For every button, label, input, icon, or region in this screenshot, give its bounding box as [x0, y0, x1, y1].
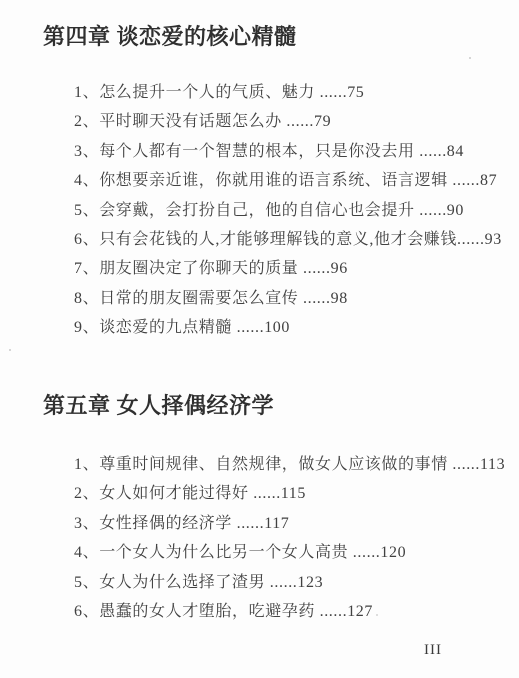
toc-item: 3、女性择偶的经济学 ......117: [74, 515, 505, 544]
toc-item: 9、谈恋爱的九点精髓 ......100: [74, 319, 502, 348]
toc-item: 8、日常的朋友圈需要怎么宣传 ......98: [74, 290, 502, 319]
toc-item: 6、只有会花钱的人,才能够理解钱的意义,他才会赚钱......93: [74, 231, 502, 260]
toc-item: 4、一个女人为什么比另一个女人高贵 ......120: [74, 544, 505, 573]
toc-item: 5、会穿戴，会打扮自己，他的自信心也会提升 ......90: [74, 202, 502, 231]
chapter-5-title: 第五章 女人择偶经济学: [43, 394, 274, 417]
toc-page: 第四章 谈恋爱的核心精髓 1、怎么提升一个人的气质、魅力 ......75 2、…: [0, 0, 519, 678]
scan-speck: [469, 57, 471, 59]
toc-item: 3、每个人都有一个智慧的根本，只是你没去用 ......84: [74, 143, 502, 172]
toc-list-chapter-4: 1、怎么提升一个人的气质、魅力 ......75 2、平时聊天没有话题怎么办 .…: [74, 84, 502, 349]
toc-list-chapter-5: 1、尊重时间规律、自然规律，做女人应该做的事情 ......113 2、女人如何…: [74, 456, 505, 632]
toc-item: 7、朋友圈决定了你聊天的质量 ......96: [74, 260, 502, 289]
toc-item: 5、女人为什么选择了渣男 ......123: [74, 574, 505, 603]
scan-speck: [9, 349, 11, 351]
toc-item: 4、你想要亲近谁，你就用谁的语言系统、语言逻辑 ......87: [74, 172, 502, 201]
page-number: III: [424, 642, 442, 659]
chapter-4-title: 第四章 谈恋爱的核心精髓: [43, 25, 297, 48]
toc-item: 1、怎么提升一个人的气质、魅力 ......75: [74, 84, 502, 113]
toc-item: 1、尊重时间规律、自然规律，做女人应该做的事情 ......113: [74, 456, 505, 485]
toc-item: 2、女人如何才能过得好 ......115: [74, 485, 505, 514]
toc-item: 6、愚蠢的女人才堕胎，吃避孕药 ......127: [74, 603, 505, 632]
scan-speck: [376, 614, 378, 616]
toc-item: 2、平时聊天没有话题怎么办 ......79: [74, 113, 502, 142]
